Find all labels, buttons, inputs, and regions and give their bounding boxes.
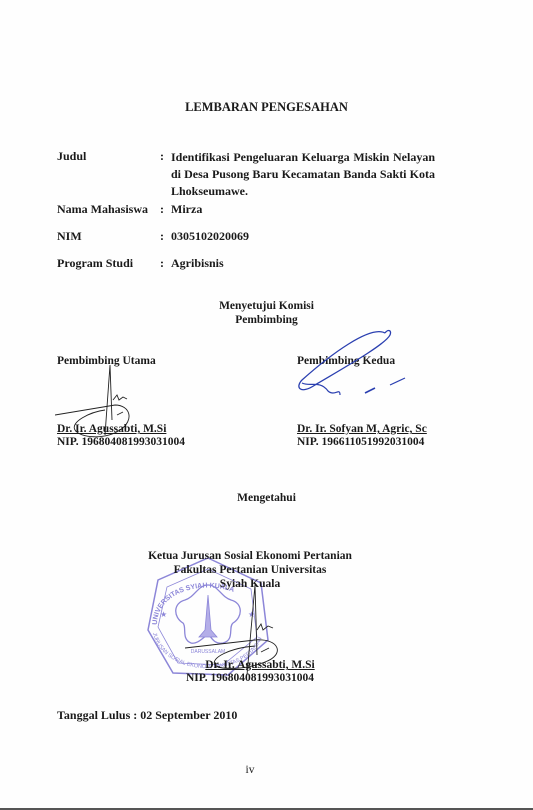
advisor2-nip: NIP. 196611051992031004 xyxy=(297,436,424,448)
field-colon: : xyxy=(160,202,164,217)
field-value-judul: Identifikasi Pengeluaran Keluarga Miskin… xyxy=(171,149,435,200)
advisor1-nip: NIP. 196804081993031004 xyxy=(57,436,185,448)
acknowledged-position-line2: Fakultas Pertanian Universitas xyxy=(0,564,500,576)
acknowledged-heading: Mengetahui xyxy=(0,492,533,504)
acknowledged-position-line1: Ketua Jurusan Sosial Ekonomi Pertanian xyxy=(0,550,500,562)
field-label-nim: NIM xyxy=(57,229,82,244)
field-label-nama: Nama Mahasiswa xyxy=(57,202,148,217)
field-label-judul: Judul xyxy=(57,149,86,164)
page-title: LEMBARAN PENGESAHAN xyxy=(0,100,533,115)
advisor1-name: Dr. Ir. Agussabti, M.Si xyxy=(57,423,166,435)
graduation-date: Tanggal Lulus : 02 September 2010 xyxy=(57,708,237,723)
page-number: iv xyxy=(0,764,500,776)
field-colon: : xyxy=(160,256,164,271)
document-page: LEMBARAN PENGESAHAN Judul : Identifikasi… xyxy=(0,0,533,808)
field-value-nama: Mirza xyxy=(171,202,202,217)
acknowledged-name: Dr. Ir. Agussabti, M.Si xyxy=(0,659,520,671)
field-colon: : xyxy=(160,149,164,164)
acknowledged-nip: NIP. 196804081993031004 xyxy=(0,672,500,684)
field-label-prodi: Program Studi xyxy=(57,256,133,271)
approval-heading-line1: Menyetujui Komisi xyxy=(0,300,533,312)
svg-text:★: ★ xyxy=(160,610,167,619)
advisor2-name: Dr. Ir. Sofyan M, Agric, Sc xyxy=(297,423,427,435)
field-colon: : xyxy=(160,229,164,244)
approval-heading-line2: Pembimbing xyxy=(0,314,533,326)
field-value-prodi: Agribisnis xyxy=(171,256,224,271)
advisor2-signature xyxy=(290,325,420,415)
field-value-nim: 0305102020069 xyxy=(171,229,249,244)
